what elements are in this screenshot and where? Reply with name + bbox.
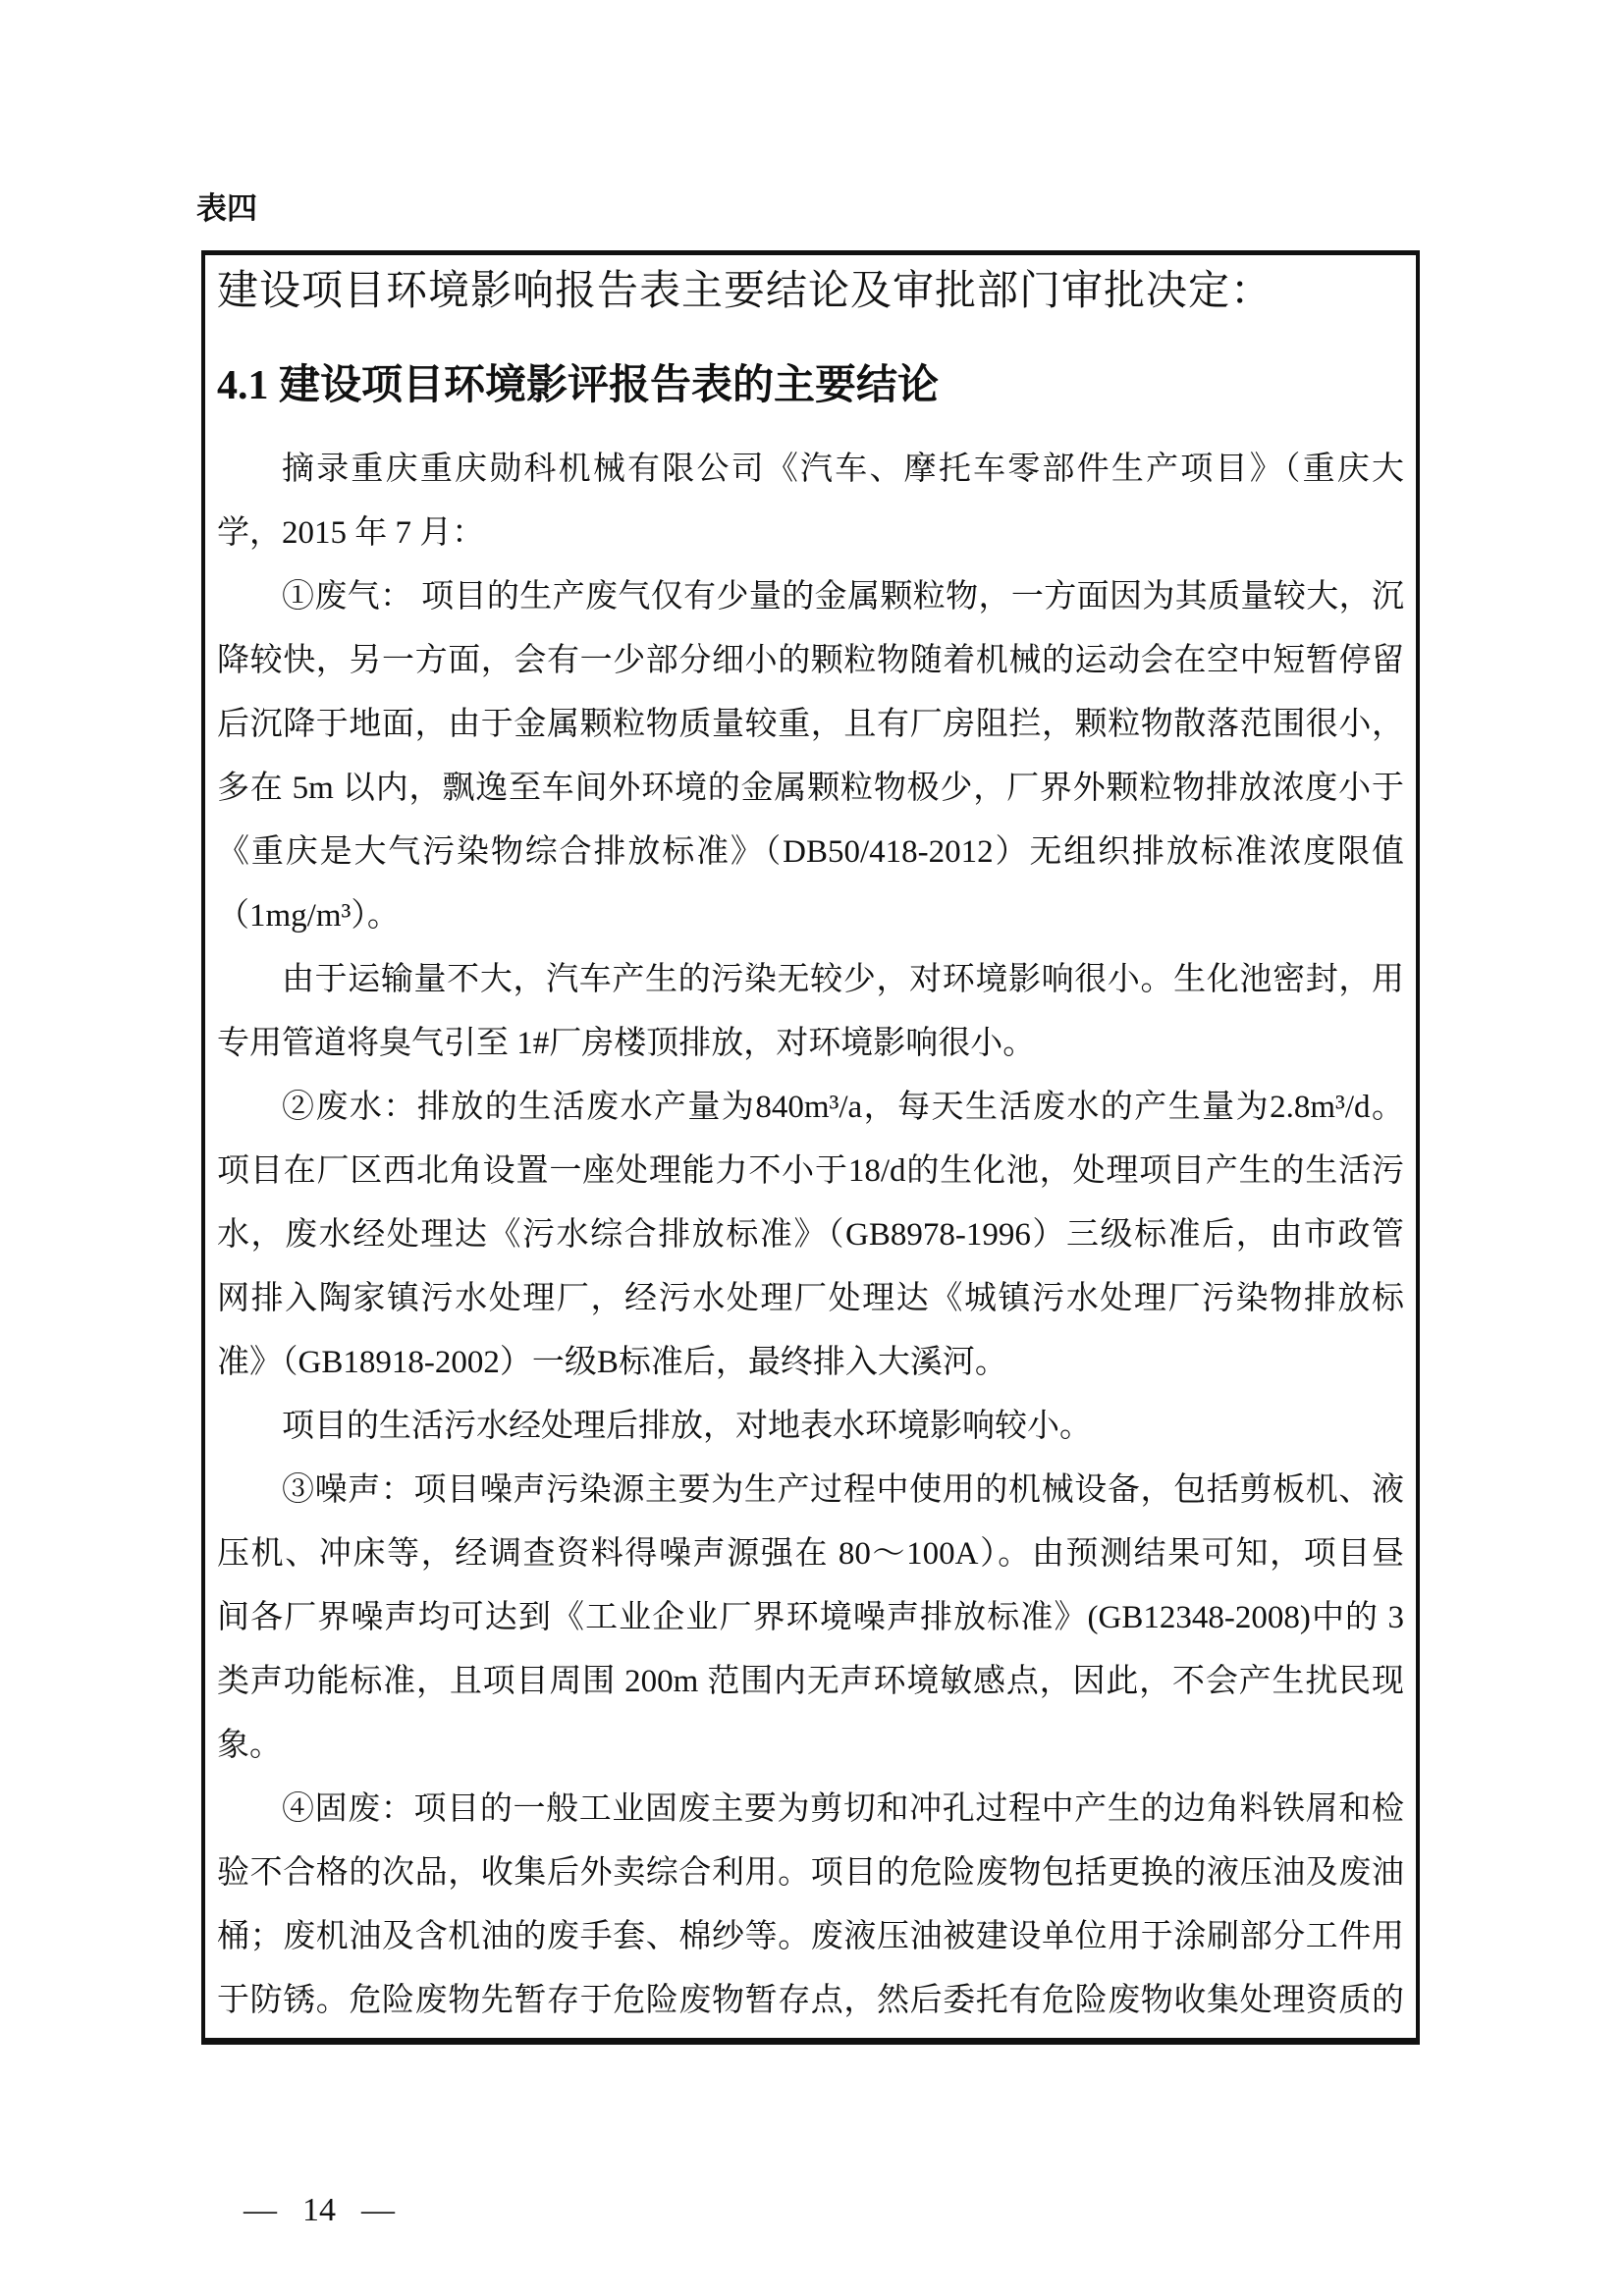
- body-line: 象。: [217, 1714, 1404, 1778]
- content-box: 建设项目环境影响报告表主要结论及审批部门审批决定： 4.1 建设项目环境影评报告…: [201, 250, 1420, 2045]
- body-line: 验不合格的次品，收集后外卖综合利用。项目的危险废物包括更换的液压油及废油: [217, 1842, 1404, 1905]
- footer-page-number: 14: [302, 2193, 336, 2228]
- body-line: 项目在厂区西北角设置一座处理能力不小于18/d的生化池，处理项目产生的生活污: [217, 1140, 1404, 1203]
- body-line: ①废气： 项目的生产废气仅有少量的金属颗粒物，一方面因为其质量较大，沉: [217, 565, 1404, 629]
- document-page: 表四 建设项目环境影响报告表主要结论及审批部门审批决定： 4.1 建设项目环境影…: [0, 0, 1624, 2296]
- section-heading: 4.1 建设项目环境影评报告表的主要结论: [217, 361, 1404, 410]
- body-line: 水，废水经处理达《污水综合排放标准》（GB8978-1996）三级标准后，由市政…: [217, 1203, 1404, 1267]
- body-line: 桶；废机油及含机油的废手套、棉纱等。废液压油被建设单位用于涂刷部分工件用: [217, 1905, 1404, 1969]
- body-line: （1mg/m³）。: [217, 884, 1404, 948]
- body-line: 压机、冲床等，经调查资料得噪声源强在 80～100A）。由预测结果可知，项目昼: [217, 1522, 1404, 1586]
- body-line: 网排入陶家镇污水处理厂，经污水处理厂处理达《城镇污水处理厂污染物排放标: [217, 1267, 1404, 1331]
- body-line: 项目的生活污水经处理后排放，对地表水环境影响较小。: [217, 1395, 1404, 1459]
- page-footer: — 14 —: [244, 2193, 395, 2228]
- body-line: 后沉降于地面，由于金属颗粒物质量较重，且有厂房阻拦，颗粒物散落范围很小，: [217, 693, 1404, 757]
- body-line: 类声功能标准，且项目周围 200m 范围内无声环境敏感点，因此，不会产生扰民现: [217, 1650, 1404, 1714]
- body-line: ②废水：排放的生活废水产量为840m³/a，每天生活废水的产生量为2.8m³/d…: [217, 1076, 1404, 1140]
- body-line: 《重庆是大气污染物综合排放标准》（DB50/418-2012）无组织排放标准浓度…: [217, 821, 1404, 884]
- body-line: 摘录重庆重庆勋科机械有限公司《汽车、摩托车零部件生产项目》（重庆大: [217, 438, 1404, 502]
- body-line: 多在 5m 以内，飘逸至车间外环境的金属颗粒物极少，厂界外颗粒物排放浓度小于: [217, 757, 1404, 821]
- table-label: 表四: [196, 192, 257, 226]
- body-line: 准》（GB18918-2002）一级B标准后，最终排入大溪河。: [217, 1331, 1404, 1395]
- body-line: 间各厂界噪声均可达到《工业企业厂界环境噪声排放标准》(GB12348-2008)…: [217, 1586, 1404, 1650]
- body-line: 由于运输量不大，汽车产生的污染无较少，对环境影响很小。生化池密封，用: [217, 948, 1404, 1012]
- body-line: 学，2015 年 7 月：: [217, 502, 1404, 565]
- body-line: 降较快，另一方面，会有一少部分细小的颗粒物随着机械的运动会在空中短暂停留: [217, 629, 1404, 693]
- body-line: 于防锈。危险废物先暂存于危险废物暂存点，然后委托有危险废物收集处理资质的: [217, 1969, 1404, 2033]
- body-line: 专用管道将臭气引至 1#厂房楼顶排放，对环境影响很小。: [217, 1012, 1404, 1076]
- footer-left-dash: —: [244, 2193, 277, 2228]
- footer-right-dash: —: [361, 2193, 395, 2228]
- report-body: 摘录重庆重庆勋科机械有限公司《汽车、摩托车零部件生产项目》（重庆大学，2015 …: [217, 438, 1404, 2033]
- body-line: ③噪声：项目噪声污染源主要为生产过程中使用的机械设备，包括剪板机、液: [217, 1459, 1404, 1522]
- box-title: 建设项目环境影响报告表主要结论及审批部门审批决定：: [217, 267, 1404, 316]
- body-line: ④固废：项目的一般工业固废主要为剪切和冲孔过程中产生的边角料铁屑和检: [217, 1778, 1404, 1842]
